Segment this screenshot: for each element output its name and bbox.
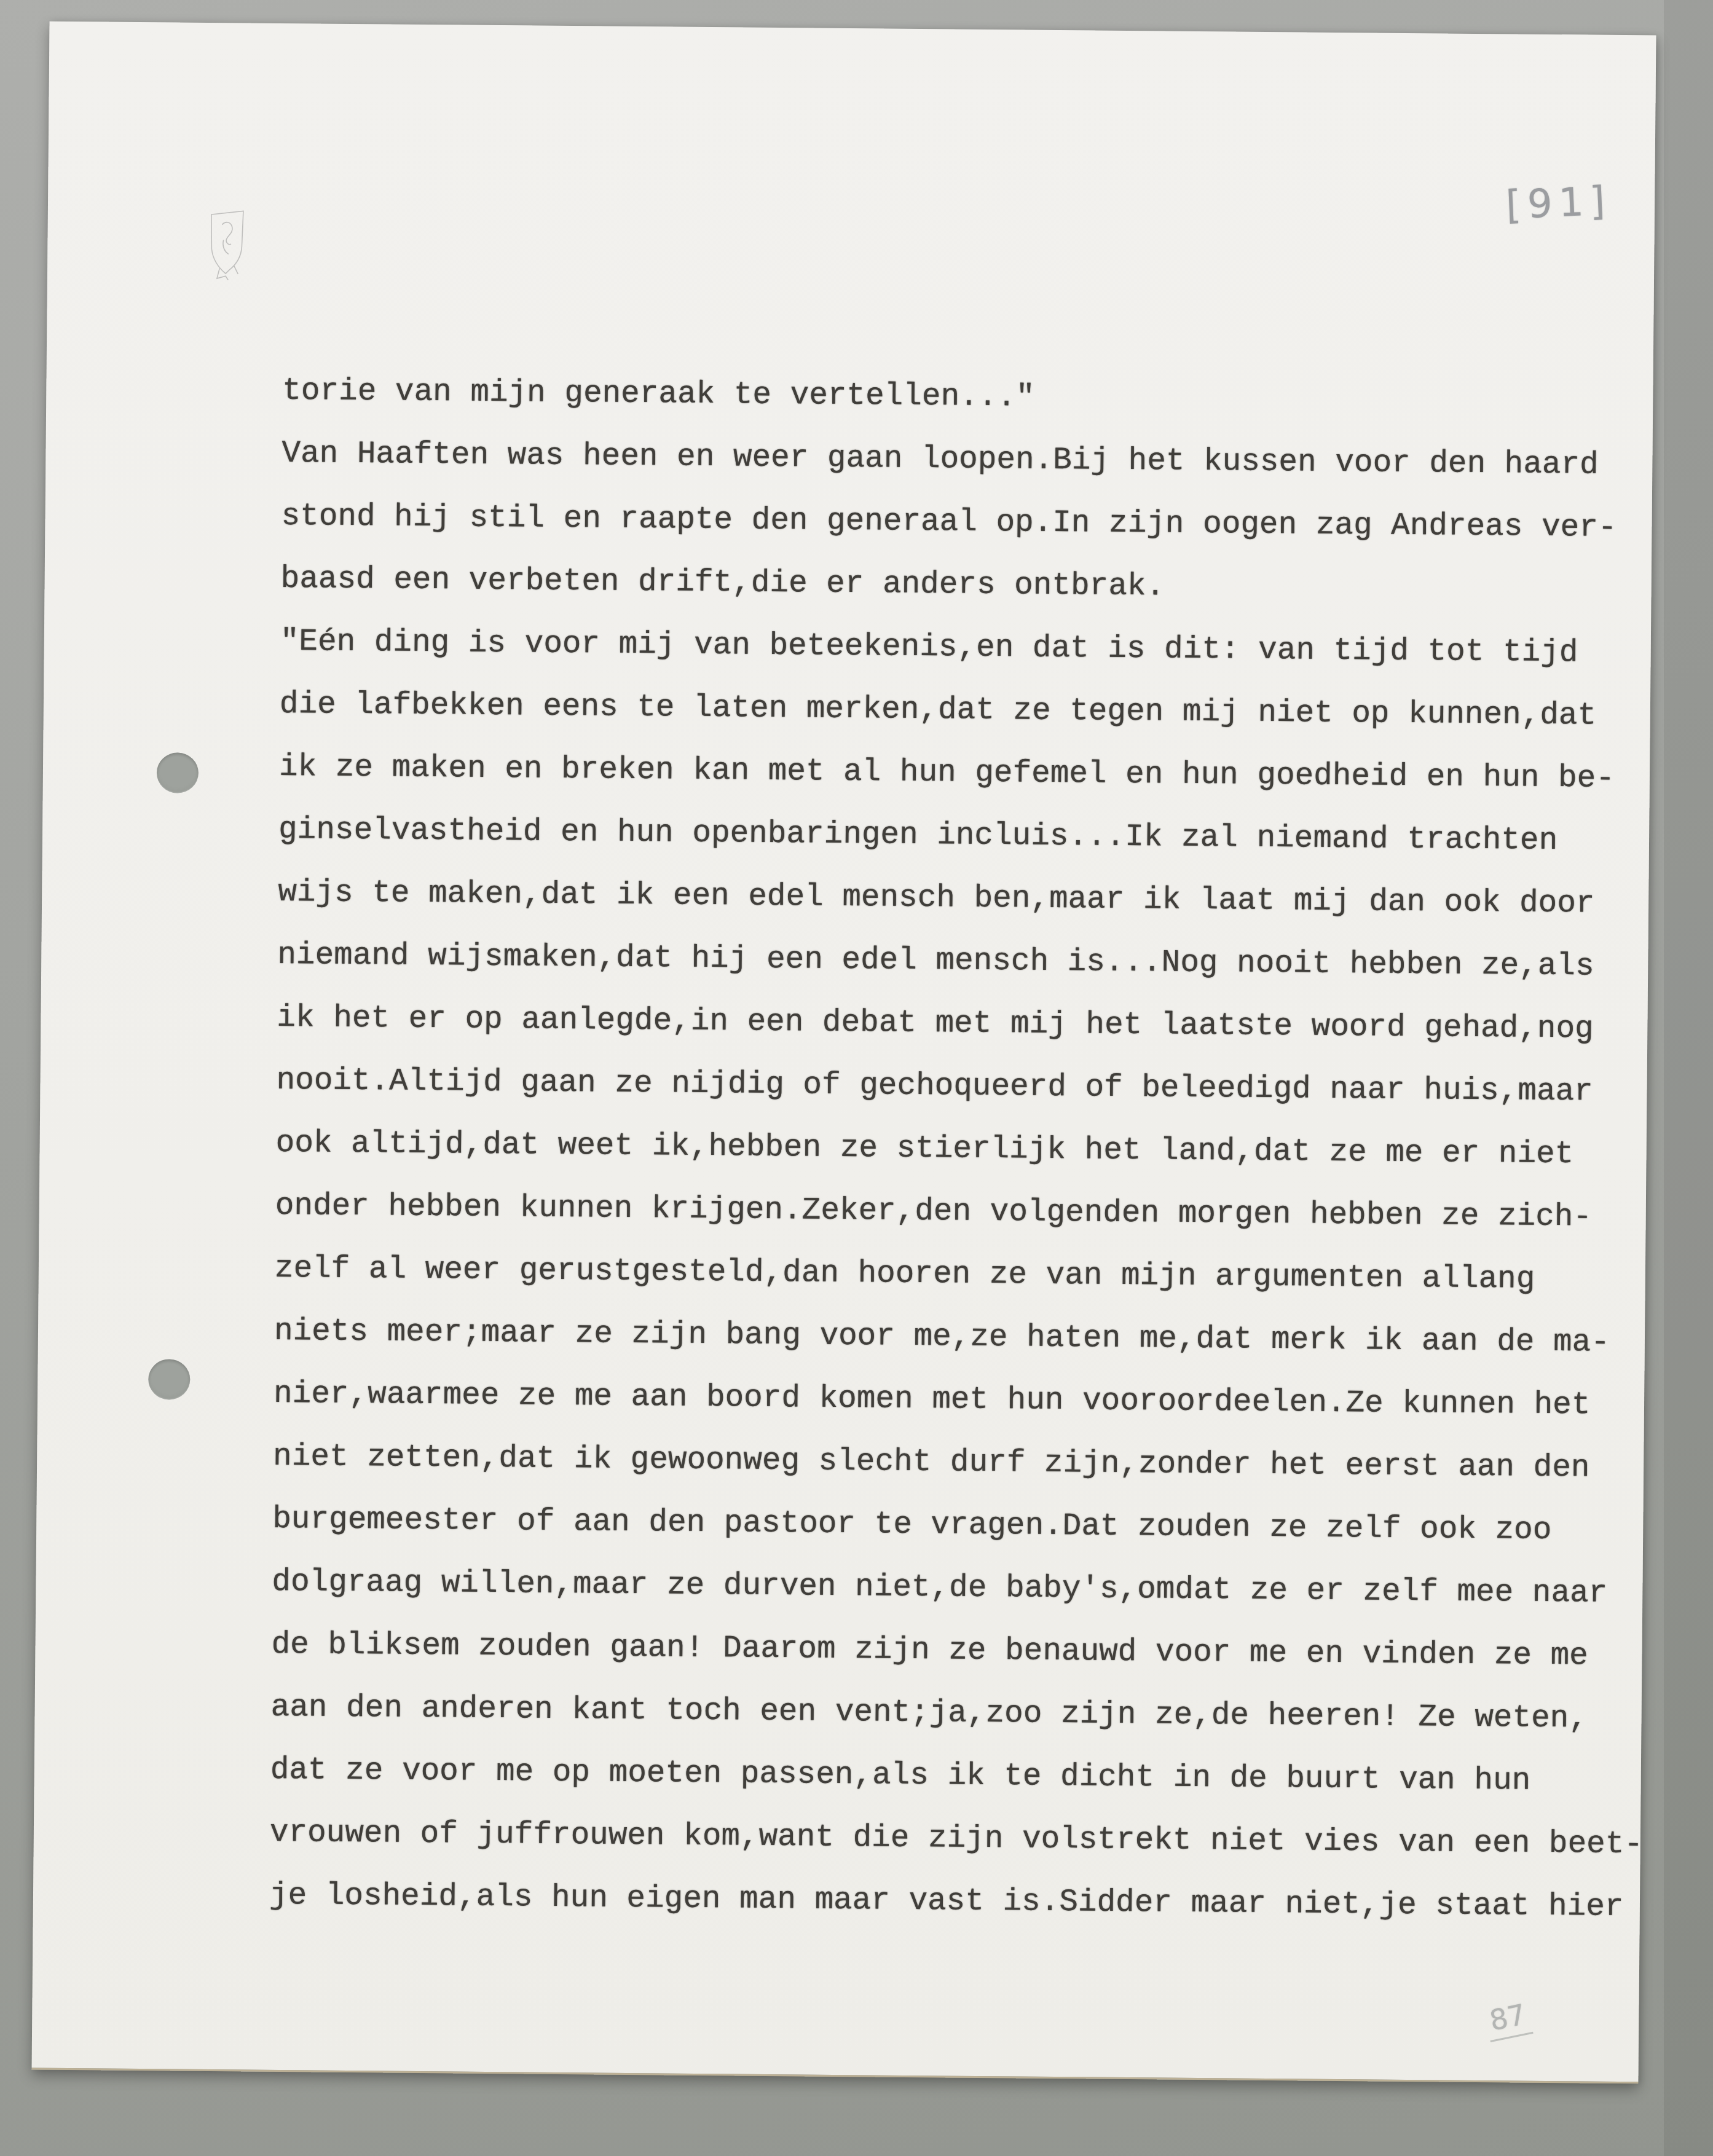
text-line: niets meer;maar ze zijn bang voor me,ze … xyxy=(274,1300,1648,1375)
text-line: je losheid,als hun eigen man maar vast i… xyxy=(269,1865,1643,1939)
text-line: nooit.Altijd gaan ze nijdig of gechoquee… xyxy=(276,1050,1650,1124)
text-line: ik ze maken en breken kan met al hun gef… xyxy=(279,736,1653,811)
text-line: zelf al weer gerustgesteld,dan hooren ze… xyxy=(274,1238,1648,1312)
text-line: onder hebben kunnen krijgen.Zeker,den vo… xyxy=(275,1175,1648,1249)
text-line: niemand wijsmaken,dat hij een edel mensc… xyxy=(277,924,1651,999)
text-line: niet zetten,dat ik gewoonweg slecht durf… xyxy=(273,1426,1647,1500)
text-line: torie van mijn generaak te vertellen..." xyxy=(282,360,1656,435)
pencil-page-number: [91] xyxy=(1505,178,1612,228)
text-line: die lafbekken eens te laten merken,dat z… xyxy=(279,674,1653,748)
text-line: dat ze voor me op moeten passen,als ik t… xyxy=(270,1739,1644,1814)
text-line: Van Haaften was heen en weer gaan loopen… xyxy=(282,423,1655,497)
text-line: ik het er op aanlegde,in een debat met m… xyxy=(277,987,1650,1061)
text-line: ook altijd,dat weet ik,hebben ze stierli… xyxy=(275,1112,1649,1187)
text-line: dolgraag willen,maar ze durven niet,de b… xyxy=(272,1551,1645,1626)
text-line: burgemeester of aan den pastoor te vrage… xyxy=(272,1489,1646,1563)
text-line: aan den anderen kant toch een vent;ja,zo… xyxy=(270,1677,1644,1751)
text-line: vrouwen of juffrouwen kom,want die zijn … xyxy=(269,1802,1643,1876)
text-line: baasd een verbeten drift,die er anders o… xyxy=(280,548,1654,623)
backdrop-right-shade xyxy=(1664,0,1713,2156)
shield-stamp-icon xyxy=(207,206,247,281)
punch-hole-bottom xyxy=(148,1359,191,1400)
pencil-bottom-number: 87 xyxy=(1483,1997,1533,2042)
scanned-typescript-page: { "page": { "backdrop_color": "#9b9d99",… xyxy=(0,0,1713,2156)
text-line: "Eén ding is voor mij van beteekenis,en … xyxy=(280,611,1653,685)
text-line: stond hij stil en raapte den generaal op… xyxy=(281,486,1655,560)
text-line: de bliksem zouden gaan! Daarom zijn ze b… xyxy=(271,1614,1645,1688)
punch-hole-top xyxy=(157,752,199,793)
paper-sheet: [91] torie van mijn generaak te vertelle… xyxy=(32,22,1656,2084)
text-line: nier,waarmee ze me aan boord komen met h… xyxy=(274,1363,1647,1438)
text-line: wijs te maken,dat ik een edel mensch ben… xyxy=(278,862,1652,936)
typewritten-text: torie van mijn generaak te vertellen..."… xyxy=(269,360,1656,1939)
text-line: ginselvastheid en hun openbaringen inclu… xyxy=(278,799,1652,873)
